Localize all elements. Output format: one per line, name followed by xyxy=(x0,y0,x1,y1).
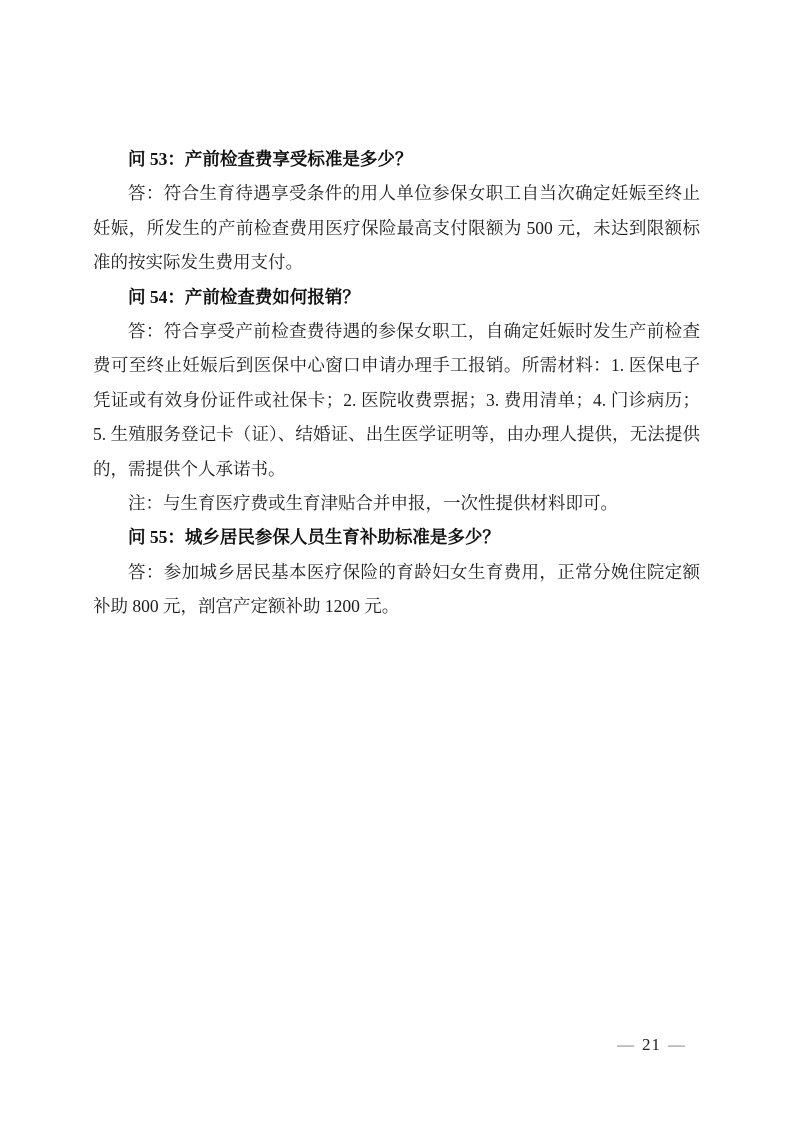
page-number-dash-right: — xyxy=(661,1035,693,1054)
question-54-heading: 问 54：产前检查费如何报销？ xyxy=(93,280,700,314)
document-page: 问 53：产前检查费享受标准是多少？ 答：符合生育待遇享受条件的用人单位参保女职… xyxy=(0,0,793,1122)
page-number-dash-left: — xyxy=(610,1035,642,1054)
answer-54-note: 注：与生育医疗费或生育津贴合并申报，一次性提供材料即可。 xyxy=(93,486,700,520)
question-55-heading: 问 55：城乡居民参保人员生育补助标准是多少？ xyxy=(93,520,700,554)
answer-53-paragraph: 答：符合生育待遇享受条件的用人单位参保女职工自当次确定妊娠至终止妊娠，所发生的产… xyxy=(93,176,700,279)
answer-55-paragraph: 答：参加城乡居民基本医疗保险的育龄妇女生育费用，正常分娩住院定额补助 800 元… xyxy=(93,555,700,624)
page-number: —21— xyxy=(589,1006,693,1084)
answer-54-paragraph: 答：符合享受产前检查费待遇的参保女职工，自确定妊娠时发生产前检查费可至终止妊娠后… xyxy=(93,314,700,486)
page-number-value: 21 xyxy=(642,1035,661,1054)
question-53-heading: 问 53：产前检查费享受标准是多少？ xyxy=(93,142,700,176)
document-content: 问 53：产前检查费享受标准是多少？ 答：符合生育待遇享受条件的用人单位参保女职… xyxy=(93,142,700,624)
